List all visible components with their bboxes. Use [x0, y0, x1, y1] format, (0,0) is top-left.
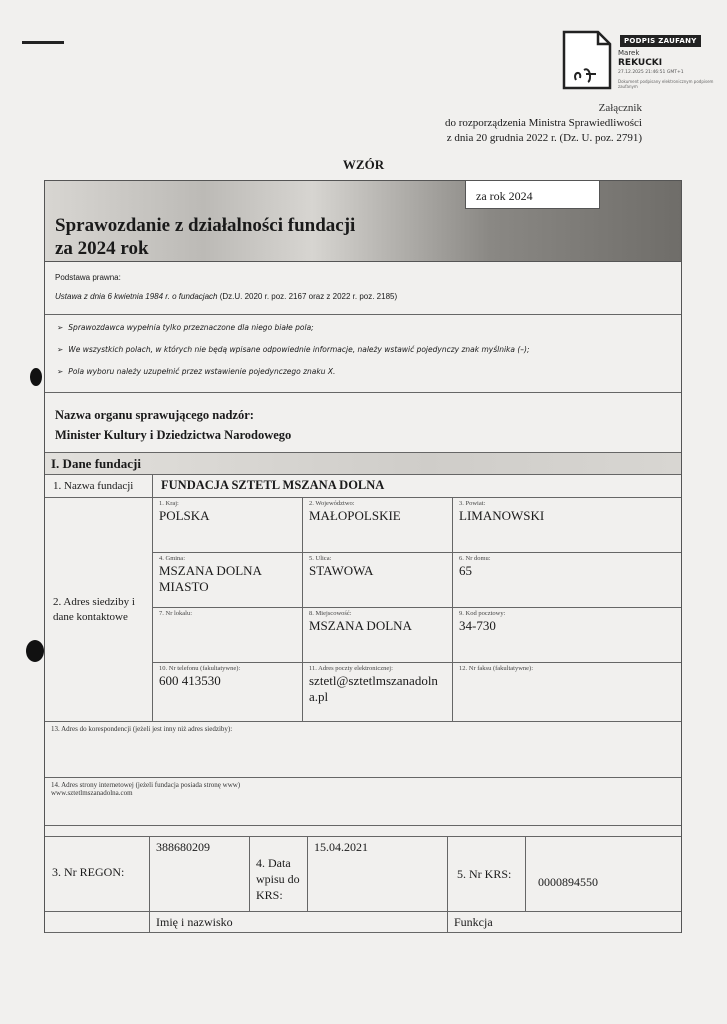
website-field[interactable]: 14. Adres strony internetowej (jeżeli fu…	[45, 778, 681, 826]
instruction-item: ➢We wszystkich polach, w których nie będ…	[57, 343, 669, 365]
field-label: 13. Adres do korespondencji (jeżeli jest…	[51, 725, 675, 733]
foundation-name-field[interactable]: FUNDACJA SZTETL MSZANA DOLNA	[153, 475, 681, 497]
county-field[interactable]: 3. Powiat:LIMANOWSKI	[453, 498, 681, 552]
attachment-note: Załącznik do rozporządzenia Ministra Spr…	[445, 101, 642, 146]
title-line: za 2024 rok	[55, 237, 355, 260]
signature-note: Dokument podpisany elektronicznym podpis…	[618, 79, 718, 89]
address-label: 2. Adres siedziby i dane kontaktowe	[45, 498, 153, 721]
field-label: 2. Województwo:	[309, 500, 446, 507]
field-label: 11. Adres poczty elektronicznej:	[309, 665, 446, 672]
instruction-item: ➢Pola wyboru należy uzupełnić przez wsta…	[57, 365, 669, 387]
field-label: 10. Nr telefonu (fakultatywne):	[159, 665, 296, 672]
field-value: sztetl@sztetlmszanadolna.pl	[309, 673, 446, 705]
field-label: 3. Powiat:	[459, 500, 675, 507]
instruction-text: Pola wyboru należy uzupełnić przez wstaw…	[68, 367, 335, 376]
legal-basis-text: Ustawa z dnia 6 kwietnia 1984 r. o funda…	[55, 282, 671, 301]
krs-label: 5. Nr KRS:	[448, 837, 526, 911]
registry-ids-row: 3. Nr REGON: 388680209 4. Data wpisu do …	[45, 837, 681, 912]
signature-stamp: PODPIS ZAUFANY Marek REKUCKI 27.12.2025 …	[562, 30, 722, 100]
field-label: 12. Nr faksu (fakultatywne):	[459, 665, 675, 672]
attachment-line: do rozporządzenia Ministra Sprawiedliwoś…	[445, 116, 642, 131]
fax-field[interactable]: 12. Nr faksu (fakultatywne):	[453, 663, 681, 721]
instruction-item: ➢Sprawozdawca wypełnia tylko przeznaczon…	[57, 321, 669, 343]
apartment-number-field[interactable]: 7. Nr lokalu:	[153, 608, 303, 662]
field-label: 9. Kod pocztowy:	[459, 610, 675, 617]
field-label: 7. Nr lokalu:	[159, 610, 296, 617]
title-line: Sprawozdanie z działalności fundacji	[55, 214, 355, 237]
act-title: Ustawa z dnia 6 kwietnia 1984 r. o funda…	[55, 292, 217, 301]
supervisory-body-label: Nazwa organu sprawującego nadzór:	[55, 405, 671, 425]
phone-field[interactable]: 10. Nr telefonu (fakultatywne):600 41353…	[153, 663, 303, 721]
signed-document-icon	[562, 30, 612, 90]
field-value: LIMANOWSKI	[459, 508, 675, 524]
scan-mark	[22, 41, 64, 44]
regon-field[interactable]: 388680209	[150, 837, 250, 911]
street-field[interactable]: 5. Ulica:STAWOWA	[303, 553, 453, 607]
field-label: 4. Gmina:	[159, 555, 296, 562]
address-block: 2. Adres siedziby i dane kontaktowe 1. K…	[45, 498, 681, 722]
email-field[interactable]: 11. Adres poczty elektronicznej:sztetl@s…	[303, 663, 453, 721]
instruction-text: We wszystkich polach, w których nie będą…	[68, 345, 529, 354]
house-number-field[interactable]: 6. Nr domu:65	[453, 553, 681, 607]
signature-timestamp: 27.12.2025 21:46:51 GMT+1	[618, 70, 684, 75]
krs-field[interactable]: 0000894550	[526, 837, 681, 911]
field-value: POLSKA	[159, 508, 296, 524]
report-year-field[interactable]: za rok 2024	[465, 181, 600, 209]
function-column-header: Funkcja	[448, 912, 681, 932]
postal-code-field[interactable]: 9. Kod pocztowy:34-730	[453, 608, 681, 662]
punch-hole	[26, 640, 44, 662]
field-label: 8. Miejscowość:	[309, 610, 446, 617]
signer-last-name: REKUCKI	[618, 58, 662, 68]
field-value: MSZANA DOLNA	[309, 618, 446, 634]
arrow-bullet-icon: ➢	[57, 345, 63, 354]
instructions: ➢Sprawozdawca wypełnia tylko przeznaczon…	[45, 315, 681, 393]
krs-date-field[interactable]: 15.04.2021	[308, 837, 448, 911]
field-value: 65	[459, 563, 675, 579]
regon-label: 3. Nr REGON:	[45, 837, 150, 911]
supervisory-body-value: Minister Kultury i Dziedzictwa Narodoweg…	[55, 425, 671, 445]
supervisory-body: Nazwa organu sprawującego nadzór: Minist…	[45, 393, 681, 453]
legal-basis: Podstawa prawna: Ustawa z dnia 6 kwietni…	[45, 262, 681, 315]
country-field[interactable]: 1. Kraj:POLSKA	[153, 498, 303, 552]
punch-hole	[30, 368, 42, 386]
voivodeship-field[interactable]: 2. Województwo:MAŁOPOLSKIE	[303, 498, 453, 552]
correspondence-address-field[interactable]: 13. Adres do korespondencji (jeżeli jest…	[45, 722, 681, 778]
section-title: I. Dane fundacji	[45, 453, 681, 475]
name-column-header: Imię i nazwisko	[150, 912, 448, 932]
form-header: za rok 2024 Sprawozdanie z działalności …	[45, 181, 681, 262]
attachment-line: z dnia 20 grudnia 2022 r. (Dz. U. poz. 2…	[445, 131, 642, 146]
field-label: 5. Ulica:	[309, 555, 446, 562]
legal-basis-label: Podstawa prawna:	[55, 262, 671, 282]
arrow-bullet-icon: ➢	[57, 367, 63, 376]
locality-field[interactable]: 8. Miejscowość:MSZANA DOLNA	[303, 608, 453, 662]
field-label: 6. Nr domu:	[459, 555, 675, 562]
empty-header-cell	[45, 912, 150, 932]
arrow-bullet-icon: ➢	[57, 323, 63, 332]
foundation-name-label: 1. Nazwa fundacji	[45, 475, 153, 497]
commune-field[interactable]: 4. Gmina:MSZANA DOLNA MIASTO	[153, 553, 303, 607]
form-title: Sprawozdanie z działalności fundacji za …	[55, 214, 355, 260]
template-label: WZÓR	[0, 157, 727, 173]
foundation-name-row: 1. Nazwa fundacji FUNDACJA SZTETL MSZANA…	[45, 475, 681, 498]
attachment-line: Załącznik	[445, 101, 642, 116]
field-value: 34-730	[459, 618, 675, 634]
board-table-header: Imię i nazwisko Funkcja	[45, 912, 681, 933]
trusted-signature-badge: PODPIS ZAUFANY	[620, 35, 701, 47]
website-value: www.sztetlmszanadolna.com	[51, 789, 675, 797]
krs-date-label: 4. Data wpisu do KRS:	[250, 837, 308, 911]
signer-first-name: Marek	[618, 49, 639, 57]
spacer-row	[45, 826, 681, 837]
field-value: 600 413530	[159, 673, 296, 689]
field-value: MSZANA DOLNA MIASTO	[159, 563, 296, 595]
field-value: STAWOWA	[309, 563, 446, 579]
act-reference: (Dz.U. 2020 r. poz. 2167 oraz z 2022 r. …	[217, 292, 397, 301]
instruction-text: Sprawozdawca wypełnia tylko przeznaczone…	[68, 323, 313, 332]
field-label: 1. Kraj:	[159, 500, 296, 507]
field-label: 14. Adres strony internetowej (jeżeli fu…	[51, 781, 675, 789]
field-value: MAŁOPOLSKIE	[309, 508, 446, 524]
report-form: za rok 2024 Sprawozdanie z działalności …	[44, 180, 682, 933]
